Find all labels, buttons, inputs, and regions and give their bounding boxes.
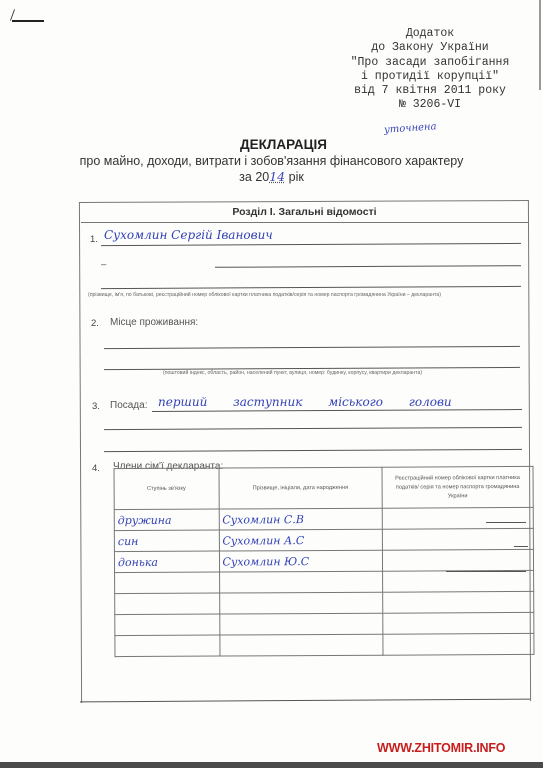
table-row: синСухомлин А.С — [114, 528, 533, 551]
table-row — [115, 612, 534, 635]
item2-number: 2. — [91, 318, 99, 329]
relation-cell — [115, 635, 220, 657]
position-value: перший заступник міського голови — [158, 395, 452, 409]
name-cell — [219, 592, 383, 614]
id-dash-1 — [486, 522, 526, 523]
appendix-line: Додаток — [330, 27, 530, 41]
appendix-line: "Про засади запобігання — [330, 56, 530, 70]
relation-cell: син — [114, 530, 219, 552]
id-cell — [383, 633, 534, 655]
table-row: донькаСухомлин Ю.С — [114, 549, 533, 572]
col-relation-header: Ступінь зв'язку — [114, 468, 219, 510]
relation-cell — [115, 614, 220, 636]
relation-cell: дружина — [114, 509, 219, 531]
appendix-line: від 7 квітня 2011 року — [330, 84, 530, 98]
id-dash-2 — [514, 546, 528, 547]
declaration-title: ДЕКЛАРАЦІЯ — [0, 137, 543, 152]
residence-label: Місце проживання: — [110, 317, 198, 328]
item3-number: 3. — [92, 401, 100, 412]
position-label: Посада: — [110, 400, 148, 411]
relation-cell — [115, 593, 220, 615]
name-cell — [219, 613, 383, 635]
appendix-block: Додаток до Закону України "Про засади за… — [330, 27, 530, 113]
id-cell — [383, 591, 534, 613]
family-members-table: Ступінь зв'язку Прізвище, ініціали, дата… — [114, 466, 535, 657]
item1-dash: – — [101, 259, 106, 270]
appendix-line: і протидії корупції" — [330, 70, 530, 84]
relation-cell — [115, 572, 220, 594]
col-id-header: Реєстраційний номер облікової картки пла… — [382, 466, 533, 508]
name-cell: Сухомлин С.В — [219, 508, 383, 530]
section-heading: Розділ І. Загальні відомості — [81, 202, 528, 223]
name-cell — [219, 634, 383, 656]
id-cell — [383, 570, 534, 592]
name-cell: Сухомлин А.С — [219, 529, 383, 551]
corner-mark — [12, 20, 44, 22]
table-row — [115, 591, 534, 614]
id-cell — [382, 528, 533, 550]
relation-cell: донька — [114, 551, 219, 573]
declaration-year: за 2014 рік — [0, 169, 543, 184]
id-dash-3 — [446, 571, 526, 572]
col-name-header: Прізвище, ініціали, дата народження — [219, 467, 383, 509]
item1-hint: (прізвище, ім'я, по батькові, реєстрацій… — [88, 292, 441, 298]
scan-bottom-band — [0, 762, 543, 768]
year-suffix: рік — [289, 170, 304, 184]
table-row: дружинаСухомлин С.В — [114, 507, 533, 530]
table-row — [115, 633, 534, 656]
year-prefix: за 20 — [239, 170, 269, 184]
title-text: ДЕКЛАРАЦІЯ — [240, 137, 327, 152]
name-cell — [219, 571, 383, 593]
scan-edge — [539, 0, 541, 90]
appendix-line: № 3206-VI — [330, 98, 530, 112]
id-cell — [383, 612, 534, 634]
item4-number: 4. — [92, 463, 100, 474]
id-cell — [382, 507, 533, 529]
name-cell: Сухомлин Ю.С — [219, 550, 383, 572]
declaration-page: Додаток до Закону України "Про засади за… — [0, 0, 543, 768]
handwritten-clarification: уточнена — [384, 121, 437, 136]
table-row — [115, 570, 534, 593]
id-cell — [382, 549, 533, 571]
item2-hint: (поштовий індекс, область, район, населе… — [163, 370, 422, 376]
declaration-subtitle: про майно, доходи, витрати і зобов'язанн… — [0, 154, 543, 168]
item1-number: 1. — [90, 234, 98, 245]
appendix-line: до Закону України — [330, 41, 530, 55]
declarant-name: Сухомлин Сергій Іванович — [104, 228, 273, 242]
year-value: 14 — [269, 169, 285, 184]
table-header-row: Ступінь зв'язку Прізвище, ініціали, дата… — [114, 466, 533, 509]
site-watermark: WWW.ZHITOMIR.INFO — [377, 741, 505, 755]
